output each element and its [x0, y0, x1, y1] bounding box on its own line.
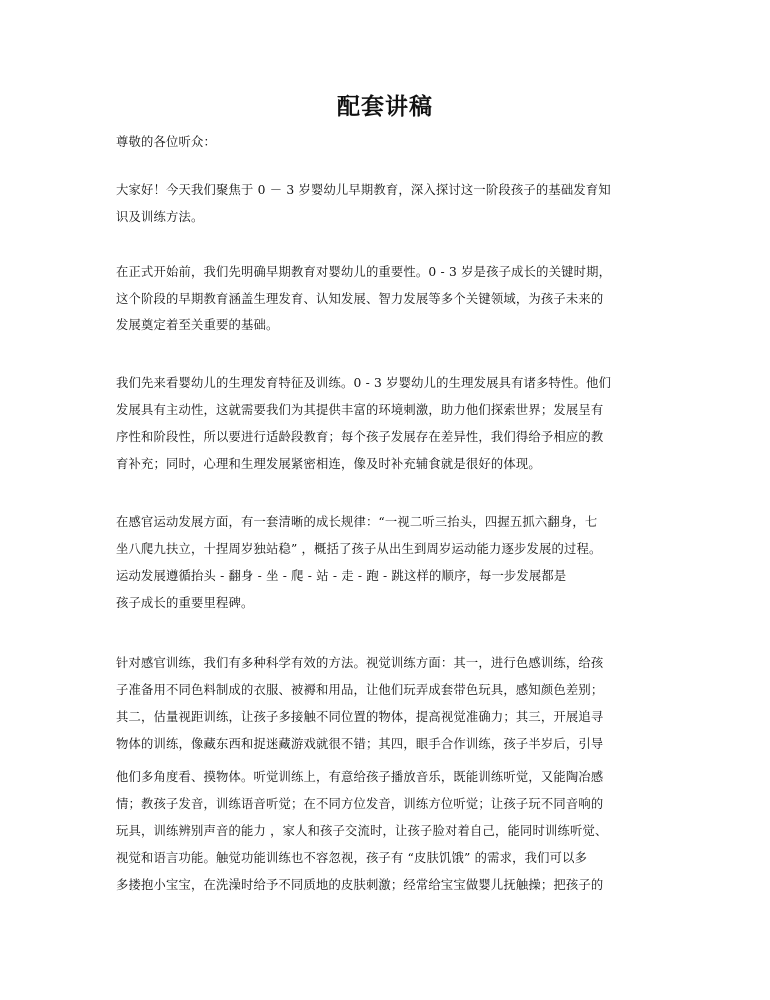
paragraph-line: 针对感官训练，我们有多种科学有效的方法。视觉训练方面：其一，进行色感训练，给孩	[116, 655, 676, 671]
paragraph-line: 他们多角度看、摸物体。听觉训练上，有意给孩子播放音乐，既能训练听觉，又能陶冶感	[116, 769, 676, 785]
paragraph-line: 子准备用不同色料制成的衣服、被褥和用品，让他们玩弄成套带色玩具，感知颜色差别；	[116, 682, 676, 698]
paragraph-line: 在感官运动发展方面，有一套清晰的成长规律：“一视二听三抬头，四握五抓六翻身，七	[116, 514, 676, 530]
paragraph-line: 我们先来看婴幼儿的生理发育特征及训练。0 - 3 岁婴幼儿的生理发展具有诸多特性…	[116, 375, 676, 391]
paragraph-line: 物体的训练，像藏东西和捉迷藏游戏就很不错；其四，眼手合作训练，孩子半岁后，引导	[116, 736, 676, 752]
paragraph-line: 识及训练方法。	[116, 209, 676, 225]
paragraph-line: 大家好！今天我们聚焦于 0 － 3 岁婴幼儿早期教育，深入探讨这一阶段孩子的基础…	[116, 182, 676, 198]
paragraph-line: 多搂抱小宝宝，在洗澡时给予不同质地的皮肤刺激；经常给宝宝做婴儿抚触操；把孩子的	[116, 877, 676, 893]
document-page: 配套讲稿 尊敬的各位听众： 大家好！今天我们聚焦于 0 － 3 岁婴幼儿早期教育…	[0, 0, 770, 1000]
paragraph-line: 视觉和语言功能。触觉功能训练也不容忽视，孩子有 “皮肤饥饿” 的需求，我们可以多	[116, 850, 676, 866]
paragraph-line: 情；教孩子发音，训练语音听觉；在不同方位发音，训练方位听觉；让孩子玩不同音响的	[116, 796, 676, 812]
salutation: 尊敬的各位听众：	[116, 134, 676, 150]
paragraph-line: 坐八爬九扶立，十捏周岁独站稳” ，概括了孩子从出生到周岁运动能力逐步发展的过程。	[116, 541, 676, 557]
paragraph-line: 其二，估量视距训练，让孩子多接触不同位置的物体，提高视觉准确力；其三，开展追寻	[116, 709, 676, 725]
paragraph-line: 孩子成长的重要里程碑。	[116, 595, 676, 611]
document-title: 配套讲稿	[0, 88, 770, 121]
paragraph-line: 发展奠定着至关重要的基础。	[116, 317, 676, 333]
paragraph-line: 在正式开始前，我们先明确早期教育对婴幼儿的重要性。0 - 3 岁是孩子成长的关键…	[116, 264, 676, 280]
paragraph-line: 这个阶段的早期教育涵盖生理发育、认知发展、智力发展等多个关键领域，为孩子未来的	[116, 291, 676, 307]
paragraph-line: 发展具有主动性，这就需要我们为其提供丰富的环境刺激，助力他们探索世界；发展呈有	[116, 402, 676, 418]
paragraph-line: 育补充；同时，心理和生理发展紧密相连，像及时补充辅食就是很好的体现。	[116, 456, 676, 472]
paragraph-line: 序性和阶段性，所以要进行适龄段教育；每个孩子发展存在差异性，我们得给予相应的教	[116, 429, 676, 445]
paragraph-line: 运动发展遵循抬头 - 翻身 - 坐 - 爬 - 站 - 走 - 跑 - 跳这样的…	[116, 568, 676, 584]
paragraph-line: 玩具，训练辨别声音的能力 ，家人和孩子交流时，让孩子脸对着自己，能同时训练听觉、	[116, 823, 676, 839]
